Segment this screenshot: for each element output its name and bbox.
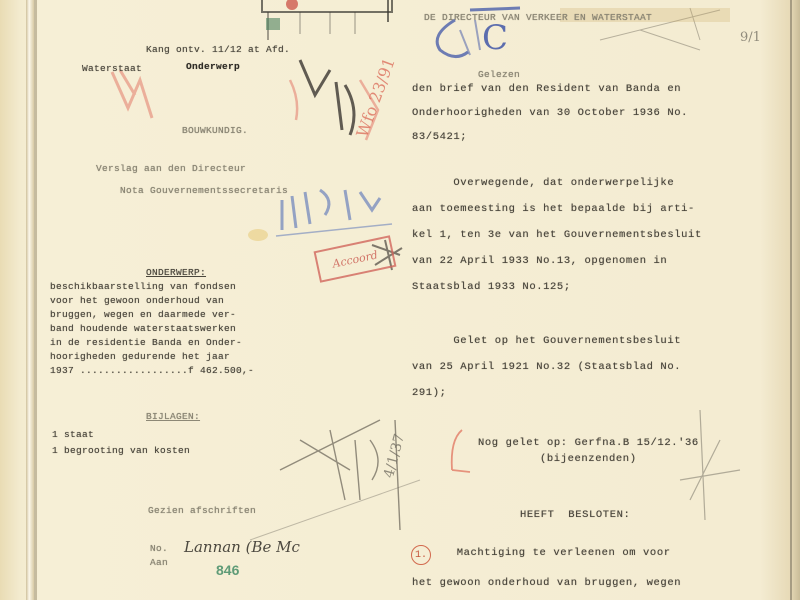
right-subheading: Gelezen bbox=[478, 70, 520, 80]
body-line: 83/5421; bbox=[412, 132, 467, 143]
item-line: het gewoon onderhoud van bruggen, wegen bbox=[412, 578, 681, 589]
decision-heading: HEEFT BESLOTEN: bbox=[520, 510, 630, 521]
subject-line: 1937 ..................f 462.500,- bbox=[50, 366, 254, 376]
body-line: Onderhoorigheden van 30 October 1936 No. bbox=[412, 108, 688, 119]
reference-line: Kang ontv. 11/12 at Afd. bbox=[146, 45, 290, 55]
document-page: DE DIRECTEUR VAN VERKEER EN WATERSTAAT K… bbox=[0, 0, 800, 600]
subject-line: hoorigheden gedurende het jaar bbox=[50, 352, 230, 362]
item-line: Machtiging te verleenen om voor bbox=[436, 548, 671, 559]
body-line: 291); bbox=[412, 388, 447, 399]
blue-mark: C bbox=[482, 18, 508, 58]
subject-line: beschikbaarstelling van fondsen bbox=[50, 282, 236, 292]
body-line: Gelet op het Gouvernementsbesluit bbox=[412, 336, 681, 347]
noch-line: Nog gelet op: Gerfna.B 15/12.'36 bbox=[478, 438, 699, 449]
department-value: Onderwerp bbox=[186, 62, 240, 72]
department-label: Waterstaat bbox=[82, 64, 142, 74]
noch-sub: (bijeenzenden) bbox=[540, 454, 637, 465]
subject-heading: ONDERWERP: bbox=[146, 268, 206, 278]
left-faint-line-2: Nota Gouvernementssecretaris bbox=[120, 186, 288, 196]
subject-line: in de residentie Banda en Onder- bbox=[50, 338, 242, 348]
body-line: kel 1, ten 3e van het Gouvernementsbeslu… bbox=[412, 230, 702, 241]
left-faint-line-1: Verslag aan den Directeur bbox=[96, 164, 246, 174]
note-line: Gezien afschriften bbox=[148, 506, 256, 516]
body-line: Staatsblad 1933 No.125; bbox=[412, 282, 571, 293]
body-line: van 22 April 1933 No.13, opgenomen in bbox=[412, 256, 667, 267]
subject-line: voor het gewoon onderhoud van bbox=[50, 296, 224, 306]
attachment-item: 1 staat bbox=[52, 430, 94, 440]
section-title: BOUWKUNDIG. bbox=[182, 126, 248, 136]
subject-line: bruggen, wegen en daarmede ver- bbox=[50, 310, 236, 320]
handwritten-signature: Lannan (Be Mc bbox=[184, 538, 300, 556]
subject-line: band houdende waterstaatswerken bbox=[50, 324, 236, 334]
body-line: aan toemeesting is het bepaalde bij arti… bbox=[412, 204, 695, 215]
attachment-item: 1 begrooting van kosten bbox=[52, 446, 190, 456]
body-line: den brief van den Resident van Banda en bbox=[412, 84, 681, 95]
letterhead-line: DE DIRECTEUR VAN VERKEER EN WATERSTAAT bbox=[424, 13, 652, 23]
attachments-heading: BIJLAGEN: bbox=[146, 412, 200, 422]
pencil-initials: 9/1 bbox=[740, 30, 761, 45]
item-number-circle: 1. bbox=[411, 545, 431, 565]
body-line: Overwegende, dat onderwerpelijke bbox=[412, 178, 674, 189]
signature-prefix-aan: Aan bbox=[150, 558, 168, 568]
body-line: van 25 April 1921 No.32 (Staatsblad No. bbox=[412, 362, 681, 373]
signature-prefix-no: No. bbox=[150, 544, 168, 554]
green-code: 846 bbox=[216, 562, 239, 578]
